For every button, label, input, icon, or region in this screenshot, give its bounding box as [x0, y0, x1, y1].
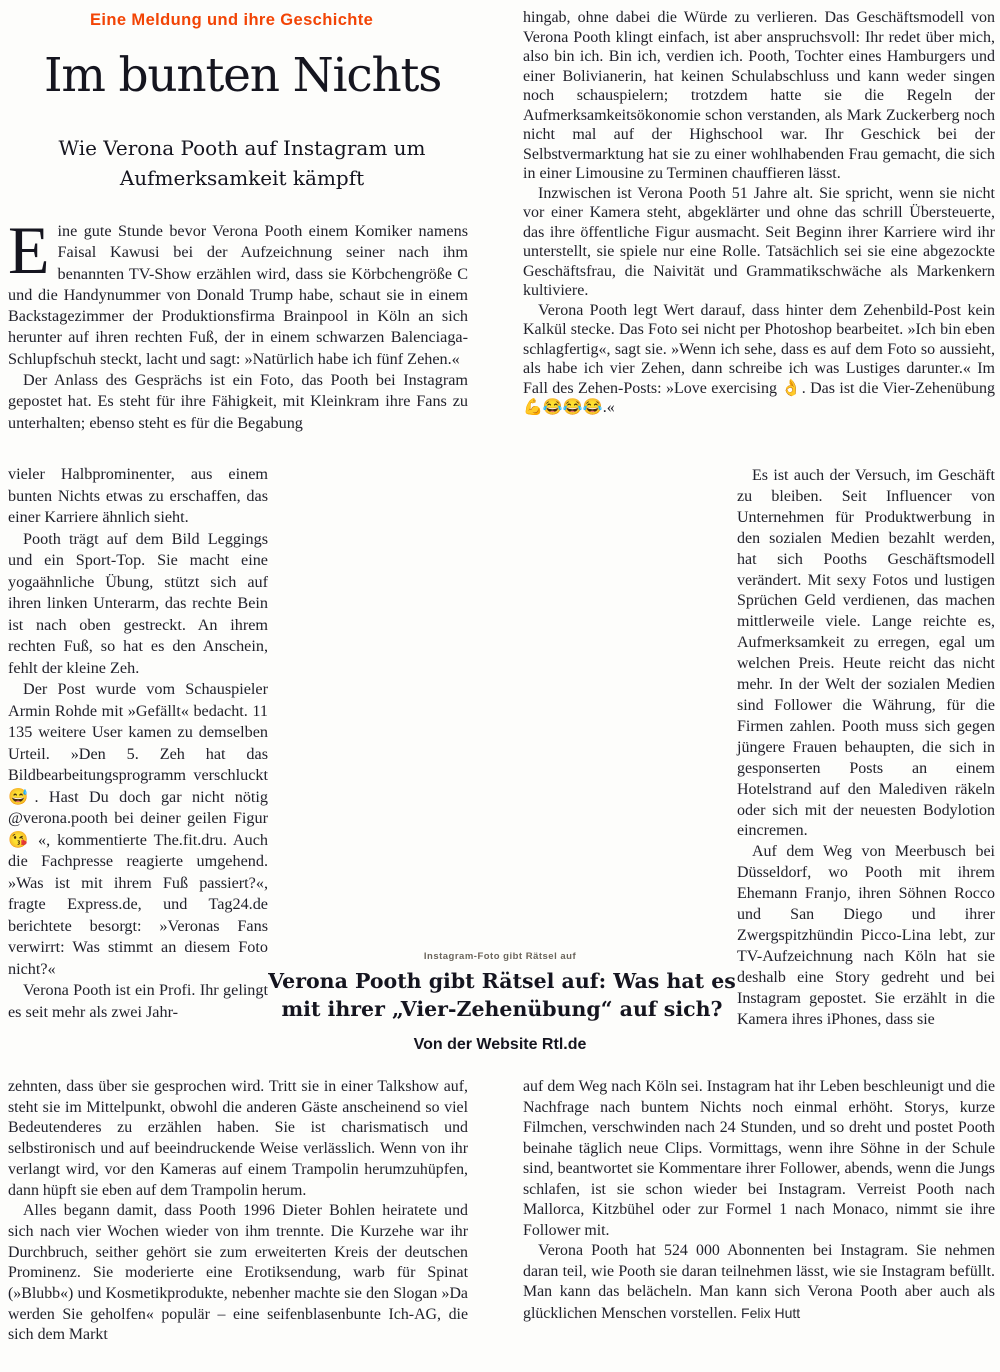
paragraph-text: ine gute Stunde bevor Verona Pooth einem… [8, 222, 468, 368]
article-paragraph: Es ist auch der Versuch, im Geschäft zu … [737, 466, 995, 842]
photo-caption-source: Von der Website Rtl.de [300, 1036, 700, 1054]
article-paragraph: Inzwischen ist Verona Pooth 51 Jahre alt… [523, 184, 995, 301]
photo-caption-title: Verona Pooth gibt Rätsel auf: Was hat es… [267, 967, 737, 1023]
drop-cap: E [8, 221, 58, 277]
subheadline: Wie Verona Pooth auf Instagram um Aufmer… [52, 133, 432, 193]
newspaper-page: Eine Meldung und ihre Geschichte Im bunt… [0, 0, 1000, 1372]
right-column-bottom: auf dem Weg nach Köln sei. Instagram hat… [523, 1077, 995, 1324]
article-paragraph: vieler Halbprominenter, aus einem bunten… [8, 464, 268, 529]
article-paragraph: hingab, ohne dabei die Würde zu verliere… [523, 8, 995, 184]
left-column-narrow: vieler Halbprominenter, aus einem bunten… [8, 464, 268, 1023]
article-paragraph: Verona Pooth ist ein Profi. Ihr gelingt … [8, 980, 268, 1023]
author-byline: Felix Hutt [741, 1305, 800, 1321]
right-column-narrow: Es ist auch der Versuch, im Geschäft zu … [737, 466, 995, 1030]
left-column-top: Eine gute Stunde bevor Verona Pooth eine… [8, 221, 468, 434]
left-column-bottom: zehnten, dass über sie gesprochen wird. … [8, 1077, 468, 1346]
kicker: Eine Meldung und ihre Geschichte [90, 11, 373, 30]
photo-credit: Instagram-Foto gibt Rätsel auf [300, 951, 700, 962]
article-paragraph: Eine gute Stunde bevor Verona Pooth eine… [8, 221, 468, 370]
article-paragraph: Alles begann damit, dass Pooth 1996 Diet… [8, 1201, 468, 1346]
article-paragraph: Pooth trägt auf dem Bild Leggings und ei… [8, 529, 268, 680]
article-paragraph: zehnten, dass über sie gesprochen wird. … [8, 1077, 468, 1201]
article-paragraph: Der Post wurde vom Schauspieler Armin Ro… [8, 679, 268, 980]
article-paragraph: Verona Pooth hat 524 000 Abonnenten bei … [523, 1241, 995, 1324]
article-paragraph: Der Anlass des Gesprächs ist ein Foto, d… [8, 370, 468, 434]
page-title: Im bunten Nichts [44, 48, 441, 103]
article-paragraph: Verona Pooth legt Wert darauf, dass hint… [523, 301, 995, 418]
right-column-top: hingab, ohne dabei die Würde zu verliere… [523, 8, 995, 418]
article-paragraph: auf dem Weg nach Köln sei. Instagram hat… [523, 1077, 995, 1241]
article-paragraph: Auf dem Weg von Meerbusch bei Düsseldorf… [737, 842, 995, 1030]
